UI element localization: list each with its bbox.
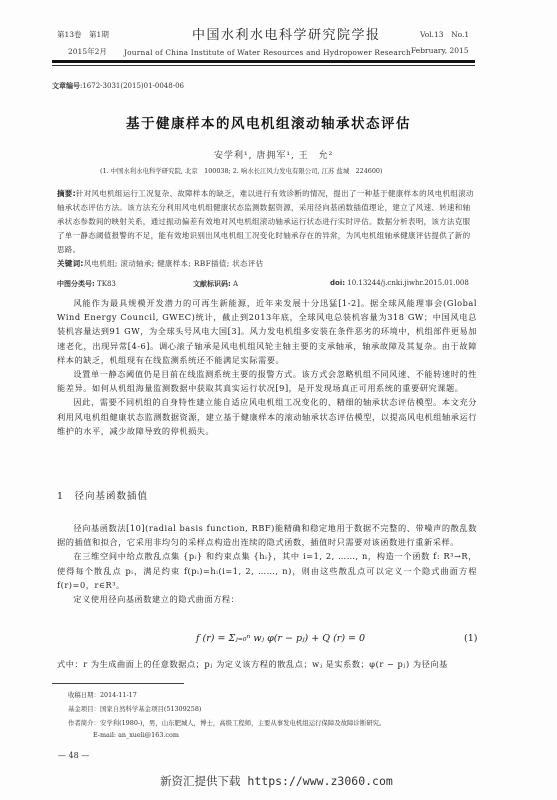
- page-number: — 48 —: [58, 751, 89, 760]
- date-en: February, 2015: [411, 46, 469, 55]
- paragraph-7: 式中：r 为生成曲面上的任意数据点；pⱼ 为定义该方程的散乱点；wⱼ 是实系数；…: [57, 657, 477, 671]
- abstract-text: 针对风电机组运行工况复杂、故障样本的缺乏，难以进行有效诊断的情况，提出了一种基于…: [57, 189, 474, 254]
- doi-value: 10.13244/j.cnki.jiwhr.2015.01.008: [347, 279, 469, 287]
- paragraph-5: 在三维空间中给点散乱点集 {pᵢ} 和约束点集 {hᵢ}，其中 i=1, 2, …: [57, 549, 477, 592]
- paragraph-4: 径向基函数法[10](radial basis function, RBF)能精…: [57, 521, 477, 549]
- doc-code: 文献标识码: A: [193, 279, 238, 289]
- paragraph-6: 定义使用径向基函数建立的隐式曲面方程：: [57, 592, 477, 606]
- author-email: E-mail: an_xueli@163.com: [93, 731, 179, 739]
- doc-code-value: A: [233, 280, 238, 288]
- header-rule-thick: [52, 60, 475, 63]
- article-number-label: 文章编号: [52, 82, 80, 90]
- section-1-text: 径向基函数法[10](radial basis function, RBF)能精…: [57, 521, 477, 606]
- doi: doi: 10.13244/j.cnki.jiwhr.2015.01.008: [330, 279, 469, 287]
- clc: 中图分类号: TK83: [57, 279, 116, 289]
- date-cn: 2015年2月: [68, 46, 107, 57]
- equation-number: (1): [464, 633, 477, 644]
- abstract-label: 摘要:: [57, 189, 76, 198]
- author-bio: 作者简介：安学利(1980-)，男，山东肥城人，博士，高级工程师，主要从事发电机…: [68, 718, 385, 727]
- article-number: 文章编号:1672-3031(2015)01-0048-06: [52, 81, 184, 91]
- intro-text: 风能作为最具规模开发潜力的可再生新能源，近年来发展十分迅猛[1-2]。据全球风能…: [57, 296, 477, 438]
- received-date: 收稿日期：2014-11-17: [68, 690, 137, 699]
- article-number-value: :1672-3031(2015)01-0048-06: [80, 82, 184, 90]
- journal-page: 第13卷 第1期 中国水利水电科学研究院学报 Vol.13 No.1 2015年…: [0, 0, 557, 800]
- journal-title-cn: 中国水利水电科学研究院学报: [192, 24, 381, 43]
- equation-1: f (r) = Σⱼ₌₀ⁿ wⱼ φ(r − pⱼ) + Q (r) = 0: [196, 633, 365, 644]
- keywords: 风电机组; 滚动轴承; 健康样本; RBF插值; 状态评估: [84, 259, 264, 268]
- paragraph-1: 风能作为最具规模开发潜力的可再生新能源，近年来发展十分迅猛[1-2]。据全球风能…: [57, 296, 477, 367]
- clc-label: 中图分类号:: [57, 280, 95, 288]
- paragraph-3: 因此，需要不同机组的自身特性建立能自适应风电机组工况变化的、精细的轴承状态评估模…: [57, 395, 477, 438]
- authors: 安学利¹, 唐拥军¹, 王 允²: [214, 148, 333, 161]
- fund-project: 基金项目：国家自然科学基金项目(51309258): [68, 704, 201, 713]
- volume-issue: 第13卷 第1期: [57, 29, 109, 40]
- affiliation: (1. 中国水利水电科学研究院, 北京 100038; 2. 响水长江风力发电有…: [100, 166, 382, 175]
- journal-title-en: Journal of China Institute of Water Reso…: [124, 48, 411, 57]
- download-watermark: 新资汇提供下载 https://www.z3060.com: [160, 773, 393, 789]
- header-rule-thin: [52, 65, 475, 66]
- clc-value: TK83: [97, 280, 116, 288]
- doi-label: doi:: [330, 279, 345, 287]
- vol-no-en: Vol.13 No.1: [420, 29, 469, 40]
- abstract: 摘要:针对风电机组运行工况复杂、故障样本的缺乏，难以进行有效诊断的情况，提出了一…: [57, 187, 477, 271]
- paper-title: 基于健康样本的风电机组滚动轴承状态评估: [126, 112, 411, 132]
- doc-code-label: 文献标识码:: [193, 280, 231, 288]
- paragraph-2: 设置单一静态阈值仍是目前在线监测系统主要的报警方式。该方式会忽略机组不同风速、不…: [57, 367, 477, 395]
- footnote-rule: [52, 683, 184, 684]
- section-heading-1: 1 径向基函数插值: [57, 488, 148, 502]
- keywords-label: 关键词:: [57, 259, 84, 268]
- equation-explanation: 式中：r 为生成曲面上的任意数据点；pⱼ 为定义该方程的散乱点；wⱼ 是实系数；…: [57, 657, 477, 671]
